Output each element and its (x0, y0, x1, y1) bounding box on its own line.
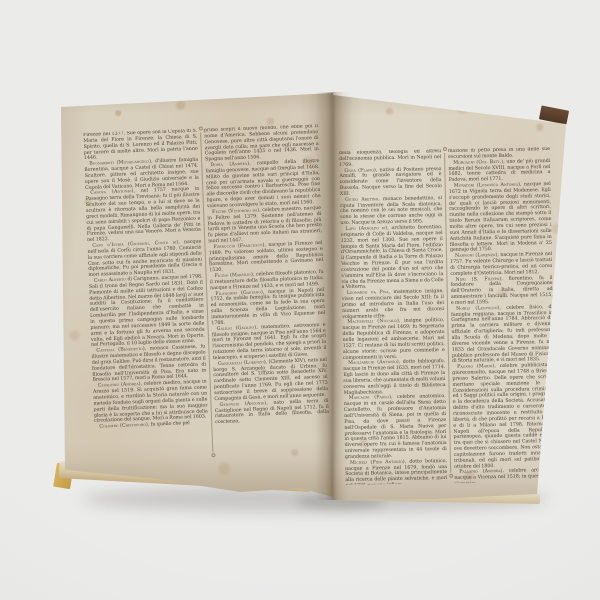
column-rule-ornament (449, 474, 453, 478)
entry-name: Nannoni (Lorenzo) (455, 253, 498, 259)
dictionary-entry: Feltre (Vittorino da), celebre maestro, … (207, 206, 322, 245)
dictionary-entry: Nannoni (Lorenzo), nacque in Firenze nel… (450, 252, 552, 277)
entry-name: Genovesi (Antonio) (219, 401, 266, 408)
dictionary-entry: Magliabechi (Antonio), dotto bibliografo… (343, 359, 446, 396)
entry-name: Cesalpino (Andrea) (98, 382, 141, 389)
text-column: Firenze nel 1377. Sue opere son la Cupol… (83, 129, 210, 467)
entry-name: Muratori (Lodovico Antonio) (454, 183, 521, 189)
entry-name: Mascagni (Paolo) (349, 395, 391, 401)
entry-name: Doria (Andrea) (210, 162, 249, 168)
dictionary-entry: Palladio (Andrea), celebre architetto, n… (454, 468, 556, 483)
dictionary-entry: Neri (S. Filippo), fiorentino, fu il fon… (450, 275, 553, 306)
text-column: della eloquenza, teologia ed altresì del… (339, 149, 447, 485)
entry-name: Castelli (Benedetto) (96, 347, 145, 354)
dictionary-entry: Micheli (Pier Antonio), dotto botanico, … (345, 459, 447, 485)
dictionary-entry: Genovesi (Antonio), nato nella terra di … (214, 398, 329, 426)
entry-name: Carlo Alberto (94, 278, 126, 284)
left-page-text: Firenze nel 1377. Sue opere son la Cupol… (83, 124, 342, 467)
dictionary-entry: Nobili (Leopoldo), celebre fisico, di fa… (451, 305, 554, 365)
entry-name: Colombo (Cristoforo) (99, 423, 148, 430)
entry-name: Magliabechi (Antonio) (348, 360, 399, 366)
entry-name: Machiavelli (Niccolò) (347, 319, 399, 325)
entry-name: Leonardo da Pisa (347, 290, 389, 296)
right-page-text: della eloquenza, teologia ed altresì del… (339, 147, 561, 485)
entry-name: Ferruccio (Francesco) (213, 243, 264, 250)
dictionary-entry: Firenze nel 1377. Sue opere son la Cupol… (83, 129, 198, 163)
column-rule-ornament (198, 126, 202, 130)
entry-name: Morgagni (Gio. Batt.) (453, 160, 503, 166)
dictionary-entry: della eloquenza, teologia ed altresì del… (339, 149, 441, 168)
entry-name: Buonarroti (Michelangelo) (89, 160, 151, 167)
column-rule-ornament (211, 453, 215, 457)
text-column: mazione di petto presa in una delle sue … (448, 147, 556, 483)
entry-name: Feltre (Vittorino da) (212, 208, 259, 215)
dictionary-entry: Muratori (Lodovico Antonio), nacque nel … (449, 182, 552, 254)
book-page-right: della eloquenza, teologia ed altresì del… (333, 95, 568, 500)
photo-backdrop: Firenze nel 1377. Sue opere son la Cupol… (0, 0, 600, 600)
dictionary-entry: Mascagni (Paolo), celebre anatomico, nac… (344, 394, 447, 460)
dictionary-entry: Gioia (Flavio), nativo di Positano press… (339, 167, 442, 198)
entry-name: Micheli (Pier Antonio) (350, 460, 405, 466)
dictionary-entry: primo scoprì il nuovo mondo, che ebbe po… (204, 124, 319, 163)
entry-name: Pagano (Mario) (457, 364, 494, 370)
entry-name: Ganganelli (Lorenzo) (218, 360, 266, 367)
dictionary-entry: Carlo Alberto di Carignano, nacque nel 1… (89, 275, 206, 349)
entry-name: Ficino (Marsilio) (215, 273, 254, 279)
entry-name: Lapo (Arnolfo di) (345, 226, 387, 232)
entry-name: Canova (Antonio) (90, 190, 133, 197)
dictionary-entry: Ganganelli (Lorenzo), (Clemente XIV), na… (213, 358, 328, 403)
entry-name: Palladio (Andrea) (459, 469, 502, 475)
dictionary-entry: Morgagni (Gio. Batt.), uno de' più grand… (448, 159, 550, 184)
dictionary-entry: Doria (Andrea), rampollo della illustre … (205, 159, 321, 210)
dictionary-entry: Cesalpino (Andrea), celebre medico, nacq… (93, 380, 208, 425)
book-page-left: Firenze nel 1377. Sue opere son la Cupol… (61, 93, 333, 497)
entry-name: Gioia (Flavio) (344, 168, 376, 174)
dictionary-entry: Pagano (Mario), celebre pubblicista e gi… (452, 363, 556, 470)
entry-name: Nobili (Leopoldo) (456, 306, 500, 312)
entry-name: Guido Aretino (345, 197, 378, 203)
dictionary-entry: Filangieri (Gaetano), nacque in Napoli n… (210, 287, 325, 326)
entry-name: Filangieri (Gaetano) (215, 290, 263, 297)
dictionary-entry: Guido Aretino, monaco benedettino, si ri… (340, 196, 443, 227)
entry-name: Galilei (Galileo) (217, 325, 257, 332)
dictionary-entry: Ferruccio (Francesco), nacque in Firenze… (208, 241, 323, 275)
column-rule-ornament (442, 147, 446, 151)
dictionary-entry: Lapo (Arnolfo di), architetto fiorentino… (340, 225, 443, 291)
dictionary-entry: Canova (Antonio), nel 1757 nacque in Pos… (85, 187, 201, 244)
dictionary-entry: Leonardo da Pisa, matematico insigne, vi… (342, 289, 445, 320)
entry-name: Neri (S. Filippo) (455, 276, 501, 282)
dictionary-entry: Machiavelli (Niccolò), insigne politico,… (342, 318, 445, 361)
text-column: primo scoprì il nuovo mondo, che ebbe po… (204, 124, 331, 462)
dictionary-entry: Capo d'Istria (Giovanni, Conte di), nacq… (87, 240, 202, 279)
dictionary-entry: Castelli (Benedetto), monaco Cassinese, … (91, 345, 206, 384)
dictionary-entry: Galilei (Galileo), matematico, astronomo… (212, 323, 327, 362)
